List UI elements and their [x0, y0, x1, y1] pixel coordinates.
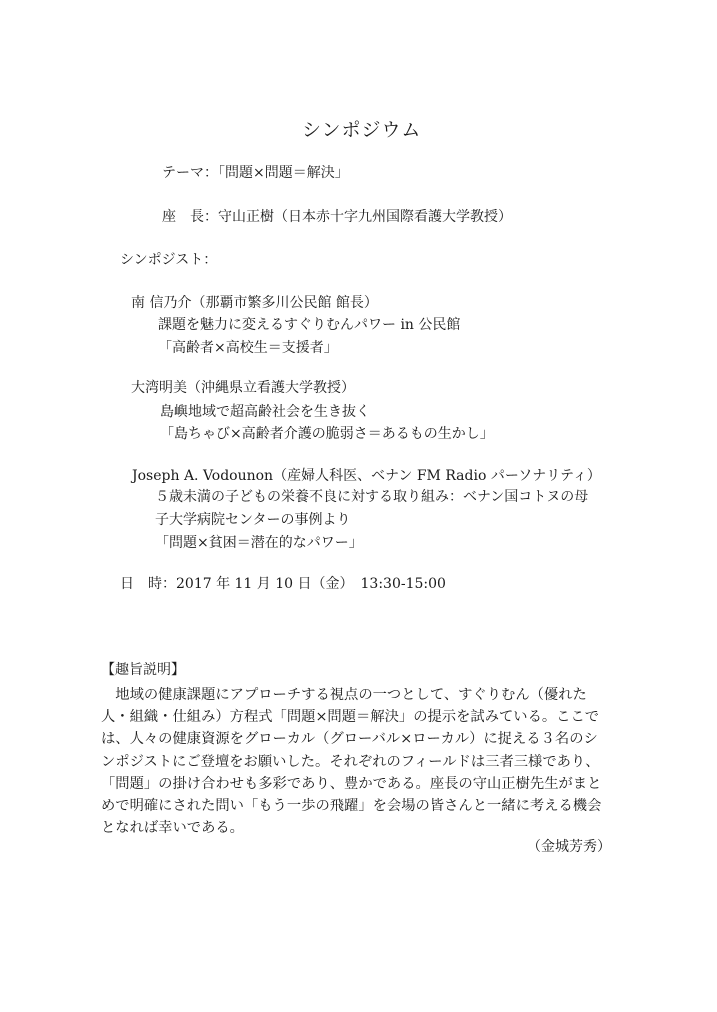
datetime-line: 日 時：2017 年 11 月 10 日（金） 13:30-15:00 — [120, 574, 446, 594]
theme-label: テーマ： — [162, 165, 218, 181]
theme-line: テーマ：「問題×問題＝解決」 — [162, 163, 349, 183]
purpose-line: は、人々の健康資源をグローカル（グローバル×ローカル）に捉える３名のシ — [101, 728, 617, 750]
symposist-3-topic-cont: 子大学病院センターの事例より — [155, 510, 350, 530]
purpose-line: ンポジストにご登壇をお願いした。それぞれのフィールドは三者三様であり、 — [101, 751, 617, 773]
chair-label: 座 長： — [162, 209, 218, 225]
datetime-label: 日 時： — [120, 576, 176, 592]
datetime-value: 2017 年 11 月 10 日（金） 13:30-15:00 — [176, 576, 446, 592]
symposist-1-topic: 課題を魅力に変えるすぐりむんパワー in 公民館 — [158, 315, 460, 335]
author-signature: （金城芳秀） — [527, 837, 611, 857]
symposist-2-subtitle: 「島ちゃび×高齢者介護の脆弱さ＝あるもの生かし」 — [160, 424, 494, 444]
purpose-heading: 【趣旨説明】 — [101, 660, 185, 680]
symposist-2-name: 大湾明美（沖縄県立看護大学教授） — [131, 378, 355, 398]
purpose-line: 人・組織・仕組み）方程式「問題×問題＝解決」の提示を試みている。ここで — [101, 706, 617, 728]
chair-value: 守山正樹（日本赤十字九州国際看護大学教授） — [218, 209, 512, 225]
chair-line: 座 長：守山正樹（日本赤十字九州国際看護大学教授） — [162, 207, 512, 227]
purpose-paragraph: 地域の健康課題にアプローチする視点の一つとして、すぐりむん（優れた 人・組織・仕… — [101, 684, 617, 839]
symposist-1-subtitle: 「高齢者×高校生＝支援者」 — [158, 338, 338, 358]
purpose-line: めで明確にされた問い「もう一歩の飛躍」を会場の皆さんと一緒に考える機会 — [101, 795, 617, 817]
symposists-label: シンポジスト： — [120, 250, 217, 270]
purpose-line: 「問題」の掛け合わせも多彩であり、豊かである。座長の守山正樹先生がまと — [101, 773, 617, 795]
document-title: シンポジウム — [302, 117, 421, 143]
symposist-3-topic: ５歳未満の子どもの栄養不良に対する取り組み：ベナン国コトヌの母 — [155, 487, 588, 507]
symposist-2-topic: 島嶼地域で超高齢社会を生き抜く — [160, 402, 370, 422]
symposist-3-subtitle: 「問題×貧困＝潜在的なパワー」 — [155, 533, 363, 553]
symposist-1-name: 南 信乃介（那覇市繁多川公民館 館長） — [131, 293, 378, 313]
theme-value: 「問題×問題＝解決」 — [218, 165, 349, 181]
symposist-3-name: Joseph A. Vodounon（産婦人科医、ベナン FM Radio パー… — [132, 466, 601, 486]
purpose-line: 地域の健康課題にアプローチする視点の一つとして、すぐりむん（優れた — [101, 684, 617, 706]
